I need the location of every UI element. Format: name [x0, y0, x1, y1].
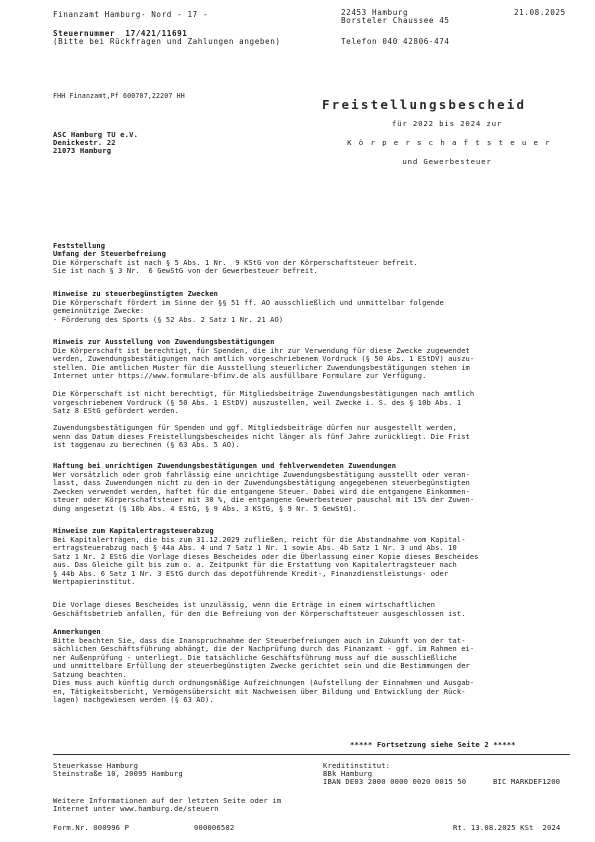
- section: Zuwendungsbestätigungen für Spenden und …: [53, 424, 583, 450]
- section: Haftung bei unrichtigen Zuwendungsbestät…: [53, 462, 583, 513]
- document-tax-type-1: Körperschaftsteuer: [347, 138, 557, 147]
- bank-bic: BIC MARKDEF1200: [493, 778, 560, 787]
- section-text-line: ist taggenau zu berechnen (§ 63 Abs. 5 A…: [53, 441, 583, 450]
- reference-line: Rt. 13.08.2025 KSt 2024: [453, 824, 560, 833]
- document-title: Freistellungsbescheid: [322, 97, 526, 112]
- section: Die Vorlage dieses Bescheides ist unzulä…: [53, 601, 583, 618]
- section: Hinweis zur Ausstellung von Zuwendungsbe…: [53, 338, 583, 381]
- footer-divider-right: [300, 754, 570, 755]
- section-text-line: - Förderung des Sports (§ 52 Abs. 2 Satz…: [53, 316, 583, 325]
- section-text-line: lagen) nachgewiesen werden (§ 63 AO).: [53, 696, 583, 705]
- recipient-city: 21073 Hamburg: [53, 147, 111, 156]
- document-years: für 2022 bis 2024 zur: [352, 119, 542, 128]
- cashier-address: Steinstraße 10, 20095 Hamburg: [53, 770, 183, 779]
- section-text-line: Sie ist nach § 3 Nr. 6 GewStG von der Ge…: [53, 267, 583, 276]
- tax-office-name: Finanzamt Hamburg- Nord - 17 -: [53, 10, 208, 19]
- section: Die Körperschaft ist nicht berechtigt, f…: [53, 390, 583, 416]
- section: Umfang der SteuerbefreiungDie Körperscha…: [53, 250, 583, 276]
- form-number: Form.Nr. 000996 P: [53, 824, 129, 833]
- section-text-line: und unmittelbare Erfüllung der steuerbeg…: [53, 662, 583, 671]
- document-number: 000006502: [194, 824, 234, 833]
- section: AnmerkungenBitte beachten Sie, dass die …: [53, 628, 583, 705]
- office-street: Borsteler Chaussee 45: [341, 16, 450, 25]
- section: Hinweise zu steuerbegünstigten ZweckenDi…: [53, 290, 583, 324]
- continuation-note: ***** Fortsetzung siehe Seite 2 *****: [350, 741, 516, 750]
- info-line-2: Internet unter www.hamburg.de/steuern: [53, 805, 219, 814]
- section: Hinweise zum KapitalertragsteuerabzugBei…: [53, 527, 583, 587]
- section-text-line: Geschäftsbetrieb anfallen, für den die B…: [53, 610, 583, 619]
- section-text-line: Satz 8 EStG gefördert werden.: [53, 407, 583, 416]
- sender-return-line: FHH Finanzamt,Pf 600707,22207 HH: [53, 92, 185, 101]
- section-text-line: dung angesetzt (§ 10b Abs. 4 EStG, § 9 A…: [53, 505, 583, 514]
- document-date: 21.08.2025: [514, 8, 566, 17]
- office-phone: Telefon 040 42806-474: [341, 37, 450, 46]
- bank-iban: IBAN DE03 2000 0000 0020 0015 50: [323, 778, 466, 787]
- section-text-line: Internet unter https://www.formulare-bfi…: [53, 372, 583, 381]
- document-tax-type-2: und Gewerbesteuer: [352, 157, 542, 166]
- section-text-line: Wertpapierinstitut.: [53, 578, 583, 587]
- tax-number-note: (Bitte bei Rückfragen und Zahlungen ange…: [53, 37, 281, 46]
